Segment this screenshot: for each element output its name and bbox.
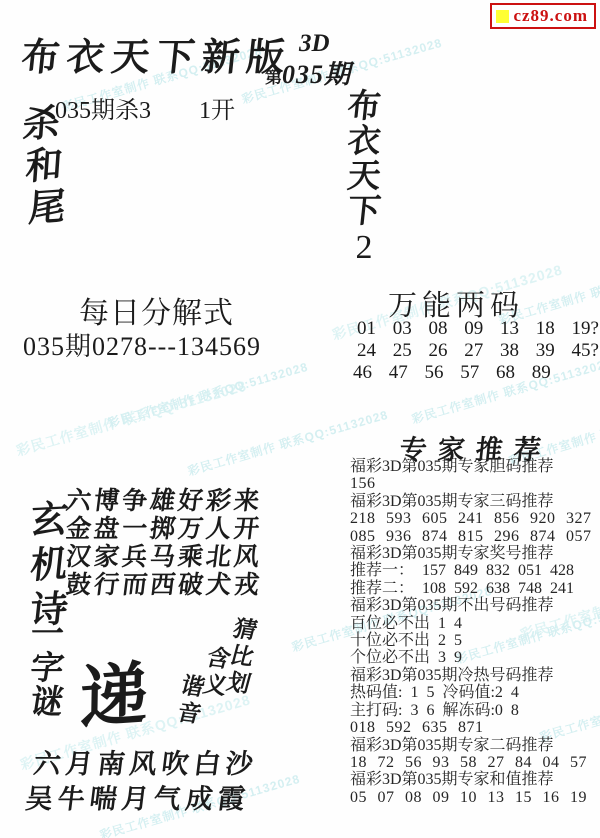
buyi-tianxia-char: 布 bbox=[340, 90, 388, 125]
buyi-tianxia-number: 2 bbox=[342, 230, 386, 265]
expert-line: 推荐二： 108 592 638 748 241 bbox=[350, 580, 600, 597]
buyi-tianxia-label: 布 衣 天 下 2 bbox=[342, 90, 386, 265]
expert-line: 百位必不出 1 4 bbox=[350, 615, 600, 632]
expert-line: 主打码: 3 6 解冻码:0 8 bbox=[350, 702, 600, 719]
expert-line: 个位必不出 3 9 bbox=[350, 649, 600, 666]
expert-line: 218 593 605 241 856 920 327 bbox=[350, 510, 600, 527]
expert-line: 福彩3D第035期冷热号码推荐 bbox=[350, 667, 600, 684]
expert-line: 十位必不出 2 5 bbox=[350, 632, 600, 649]
expert-line: 热码值: 1 5 冷码值:2 4 bbox=[350, 684, 600, 701]
watermark-text: 彩民工作室制作 联系QQ:51132028 bbox=[14, 375, 249, 460]
kill-line-right: 1开 bbox=[199, 98, 235, 124]
kill-sum-tail-char: 和 bbox=[21, 144, 68, 189]
expert-line: 福彩3D第035期专家胆码推荐 bbox=[350, 458, 600, 475]
issue-label: 第035期 bbox=[265, 54, 351, 91]
mystery-poem-line: 汉家兵马乘北风 bbox=[64, 544, 263, 572]
site-badge[interactable]: cz89.com bbox=[490, 3, 596, 29]
page-title: 布衣天下新版 bbox=[19, 26, 295, 81]
buyi-tianxia-char: 衣 bbox=[340, 125, 388, 160]
issue-number: 035期 bbox=[282, 60, 351, 89]
universal-two-codes-grid: 01 03 08 09 13 18 19? 24 25 26 27 38 39 … bbox=[353, 318, 599, 384]
riddle-hint-char: 谐 bbox=[175, 672, 210, 702]
yellow-square-icon bbox=[496, 10, 509, 23]
two-codes-row: 24 25 26 27 38 39 45? bbox=[353, 340, 599, 362]
expert-line: 福彩3D第035期专家和值推荐 bbox=[350, 771, 600, 788]
expert-recommend-list: 福彩3D第035期专家胆码推荐 156 福彩3D第035期专家三码推荐 218 … bbox=[350, 458, 600, 806]
mystery-poem-line: 金盘一掷万人开 bbox=[64, 516, 263, 544]
riddle-hint-column: 谐 音 bbox=[174, 671, 208, 728]
kill-line: 035期杀31开 bbox=[55, 90, 235, 125]
bottom-poem-line: 六月南风吹白沙 bbox=[32, 742, 261, 781]
bottom-poem-line: 吴牛喘月气成霞 bbox=[24, 777, 253, 816]
daily-decompose-formula: 035期0278---134569 bbox=[23, 326, 261, 363]
riddle-hint-char: 音 bbox=[172, 699, 207, 729]
mystery-poem: 六博争雄好彩来 金盘一掷万人开 汉家兵马乘北风 鼓行而西破犬戎 bbox=[66, 488, 262, 600]
issue-prefix: 第 bbox=[265, 68, 282, 87]
expert-line: 推荐一： 157 849 832 051 428 bbox=[350, 562, 600, 579]
site-badge-text: cz89.com bbox=[513, 6, 588, 26]
expert-line: 085 936 874 815 296 874 057 bbox=[350, 528, 600, 545]
expert-line: 福彩3D第035期专家奖号推荐 bbox=[350, 545, 600, 562]
one-char-riddle-label: 一 字 谜 bbox=[24, 618, 70, 720]
buyi-tianxia-char: 天 bbox=[340, 160, 388, 195]
expert-line: 05 07 08 09 10 13 15 16 19 bbox=[350, 789, 600, 806]
expert-line: 156 bbox=[350, 475, 600, 492]
kill-sum-tail-label: 杀 和 尾 bbox=[18, 103, 71, 232]
expert-line: 18 72 56 93 58 27 84 04 57 bbox=[350, 754, 600, 771]
lottery-sheet: 彩民工作室制作 联系QQ:51132028 彩民工作室制作 联系QQ:51132… bbox=[0, 0, 600, 838]
kill-line-left: 035期杀3 bbox=[55, 98, 151, 124]
two-codes-row: 01 03 08 09 13 18 19? bbox=[353, 318, 599, 340]
mystery-poem-line: 鼓行而西破犬戎 bbox=[64, 572, 263, 600]
riddle-hint-char: 含 bbox=[201, 644, 236, 674]
buyi-tianxia-char: 下 bbox=[340, 195, 388, 230]
expert-line: 福彩3D第035期专家二码推荐 bbox=[350, 737, 600, 754]
watermark-text: 彩民工作室制作 联系QQ:51132028 bbox=[106, 358, 310, 432]
expert-line: 福彩3D第035期专家三码推荐 bbox=[350, 493, 600, 510]
one-char-riddle-label-char: 字 bbox=[21, 652, 72, 686]
riddle-hint-char: 猜 bbox=[228, 615, 263, 645]
expert-line: 018 592 635 871 bbox=[350, 719, 600, 736]
riddle-answer-char: 递 bbox=[79, 639, 149, 741]
expert-line: 福彩3D第035期不出号码推荐 bbox=[350, 597, 600, 614]
two-codes-row: 46 47 56 57 68 89 bbox=[353, 362, 599, 384]
mystery-poem-line: 六博争雄好彩来 bbox=[64, 488, 263, 516]
one-char-riddle-label-char: 谜 bbox=[21, 686, 72, 720]
kill-sum-tail-char: 杀 bbox=[18, 102, 65, 147]
kill-sum-tail-char: 尾 bbox=[24, 186, 71, 231]
one-char-riddle-label-char: 一 bbox=[21, 618, 72, 652]
